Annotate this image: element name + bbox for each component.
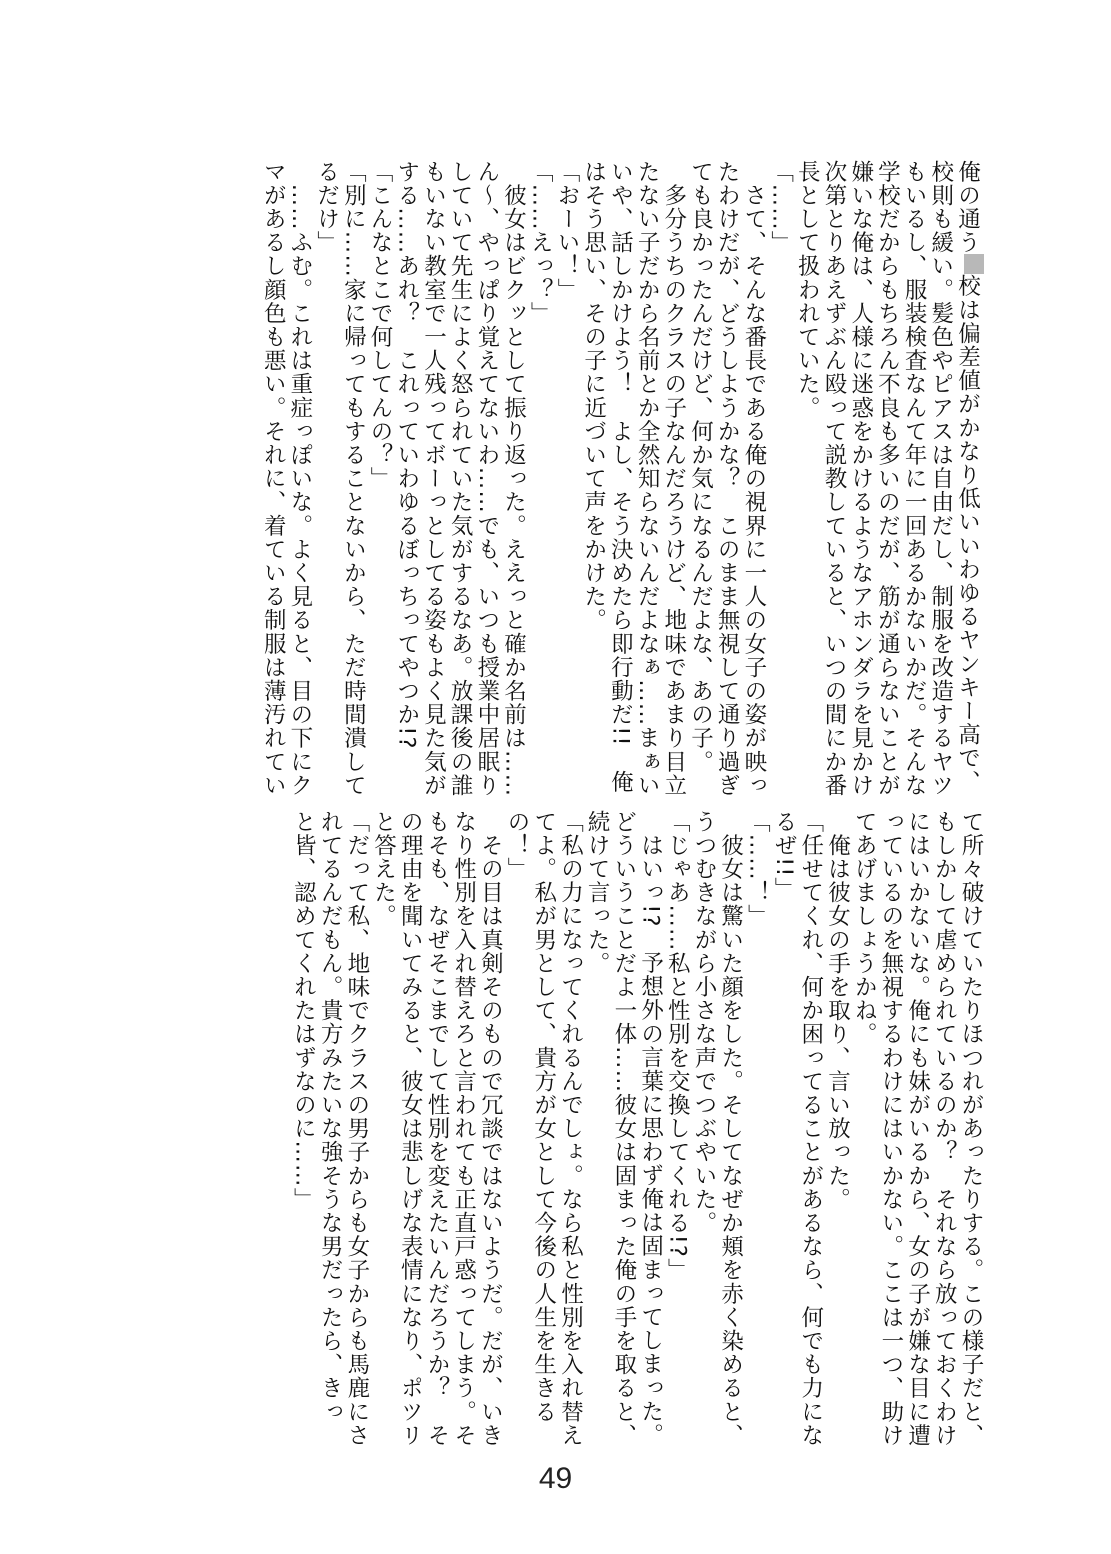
dialogue-column: 「私の力になってくれるんでしょ。なら私と性別を入れ替え — [557, 810, 584, 1310]
text-column: の理由を聞いてみると、彼女は悲しげな表情になり、ポツリ — [397, 810, 424, 1310]
dialogue-column: 「じゃあ……私と性別を交換してくれる!?」 — [664, 810, 691, 1310]
text-column: なり性別を入れ替えろと言われても正直戸惑ってしまう。そ — [450, 810, 477, 1310]
text-column: 次第とりあえずぶん殴って説教していると、いつの間にか番 — [820, 160, 847, 780]
page-number: 49 — [0, 1462, 1111, 1496]
text-column: していて先生によく怒られていた気がするなあ。放課後の誰 — [446, 160, 473, 780]
text-column: ても良かったんだけど、何か気になるんだよな、あの子。 — [687, 160, 714, 780]
text-segment: 俺の通う — [955, 160, 981, 254]
text-segment: 校は偏差値がかなり低いいわゆるヤンキー高で、 — [955, 274, 981, 793]
dialogue-column: と皆、認めてくれたはずなのに……」 — [290, 810, 317, 1310]
text-column: て所々破けていたりほつれがあったりする。この様子だと、 — [957, 810, 984, 1310]
text-column: たわけだが、どうしようかな？ このまま無視して通り過ぎ — [713, 160, 740, 780]
text-block-top: 俺の通う校は偏差値がかなり低いいわゆるヤンキー高で、 校則も緩い。髪色やピアスは… — [260, 160, 984, 780]
text-column: たない子だから名前とか全然知らないんだよなぁ……まぁい — [633, 160, 660, 780]
text-column: 彼女はビクッとして振り返った。ええっと確か名前は…… — [500, 160, 527, 780]
text-block-bottom: て所々破けていたりほつれがあったりする。この様子だと、 もしかして虐められている… — [290, 810, 984, 1310]
text-column: 嫌いな俺は、人様に迷惑をかけるようなアホンダラを見かけ — [847, 160, 874, 780]
dialogue-column: 「……えっ？」 — [527, 160, 554, 780]
text-column: 俺の通う校は偏差値がかなり低いいわゆるヤンキー高で、 — [954, 160, 984, 780]
text-column: もいるし、服装検査なんて年に一回あるかないかだ。そんな — [900, 160, 927, 780]
text-column: さて、そんな番長である俺の視界に一人の女子の姿が映っ — [740, 160, 767, 780]
dialogue-column: 「別に……家に帰ってもすることないから、ただ時間潰して — [340, 160, 367, 780]
text-column: 多分うちのクラスの子なんだろうけど、地味であまり目立 — [660, 160, 687, 780]
text-column: いや、話しかけよう！ よし、そう決めたら即行動だ!! 俺 — [607, 160, 634, 780]
dialogue-column: 「……」 — [767, 160, 794, 780]
text-column: にはいかないな。俺にも妹がいるから、女の子が嫌な目に遭 — [904, 810, 931, 1310]
dialogue-column: 「おーい！」 — [553, 160, 580, 780]
text-column: マがあるし顔色も悪い。それに、着ている制服は薄汚れてい — [260, 160, 287, 780]
dialogue-column: るだけ」 — [313, 160, 340, 780]
text-column: 彼女は驚いた顔をした。そしてなぜか頬を赤く染めると、 — [717, 810, 744, 1310]
dialogue-column: 「任せてくれ、何か困ってることがあるなら、何でも力にな — [797, 810, 824, 1310]
text-column: と答えた。 — [370, 810, 397, 1310]
dialogue-column: の！」 — [503, 810, 530, 1310]
dialogue-column: 「だって私、地味でクラスの男子からも女子からも馬鹿にさ — [343, 810, 370, 1310]
text-column: うつむきながら小さな声でつぶやいた。 — [690, 810, 717, 1310]
text-column: ……ふむ。これは重症っぽいな。よく見ると、目の下にク — [286, 160, 313, 780]
text-column: 俺は彼女の手を取り、言い放った。 — [824, 810, 851, 1310]
text-column: 長として扱われていた。 — [794, 160, 821, 780]
dialogue-column: 「こんなとこで何してんの？」 — [366, 160, 393, 780]
text-column: する……あれ？ これっていわゆるぼっちってやつか!? — [393, 160, 420, 780]
dialogue-column: 「……！」 — [744, 810, 771, 1310]
text-column: ん～、やっぱり覚えてないわ……でも、いつも授業中居眠り — [473, 160, 500, 780]
text-column: その目は真剣そのもので冗談ではないようだ。だが、いき — [477, 810, 504, 1310]
redaction-mark — [964, 254, 984, 274]
text-column: はいっ!? 予想外の言葉に思わず俺は固まってしまった。 — [637, 810, 664, 1310]
text-column: どういうことだよ一体……彼女は固まった俺の手を取ると、 — [610, 810, 637, 1310]
text-column: てあげましょうかね。 — [850, 810, 877, 1310]
text-column: もしかして虐められているのか？ それなら放っておくわけ — [931, 810, 958, 1310]
dialogue-column: れてるんだもん。貴方みたいな強そうな男だったら、きっ — [316, 810, 343, 1310]
dialogue-column: てよ。私が男として、貴方が女として今後の人生を生きる — [530, 810, 557, 1310]
text-column: 続けて言った。 — [583, 810, 610, 1310]
text-column: っているのを無視するわけにはいかない。ここは一つ、助け — [877, 810, 904, 1310]
text-column: はそう思い、その子に近づいて声をかけた。 — [580, 160, 607, 780]
dialogue-column: るぜ!!」 — [770, 810, 797, 1310]
text-column: 学校だからもちろん不良も多いのだが、筋が通らないことが — [874, 160, 901, 780]
text-column: もいない教室で一人残ってボーっとしてる姿もよく見た気が — [420, 160, 447, 780]
document-page: 俺の通う校は偏差値がかなり低いいわゆるヤンキー高で、 校則も緩い。髪色やピアスは… — [0, 0, 1111, 1554]
text-column: もそも、なぜそこまでして性別を変えたいんだろうか？ そ — [423, 810, 450, 1310]
text-column: 校則も緩い。髪色やピアスは自由だし、制服を改造するヤツ — [927, 160, 954, 780]
